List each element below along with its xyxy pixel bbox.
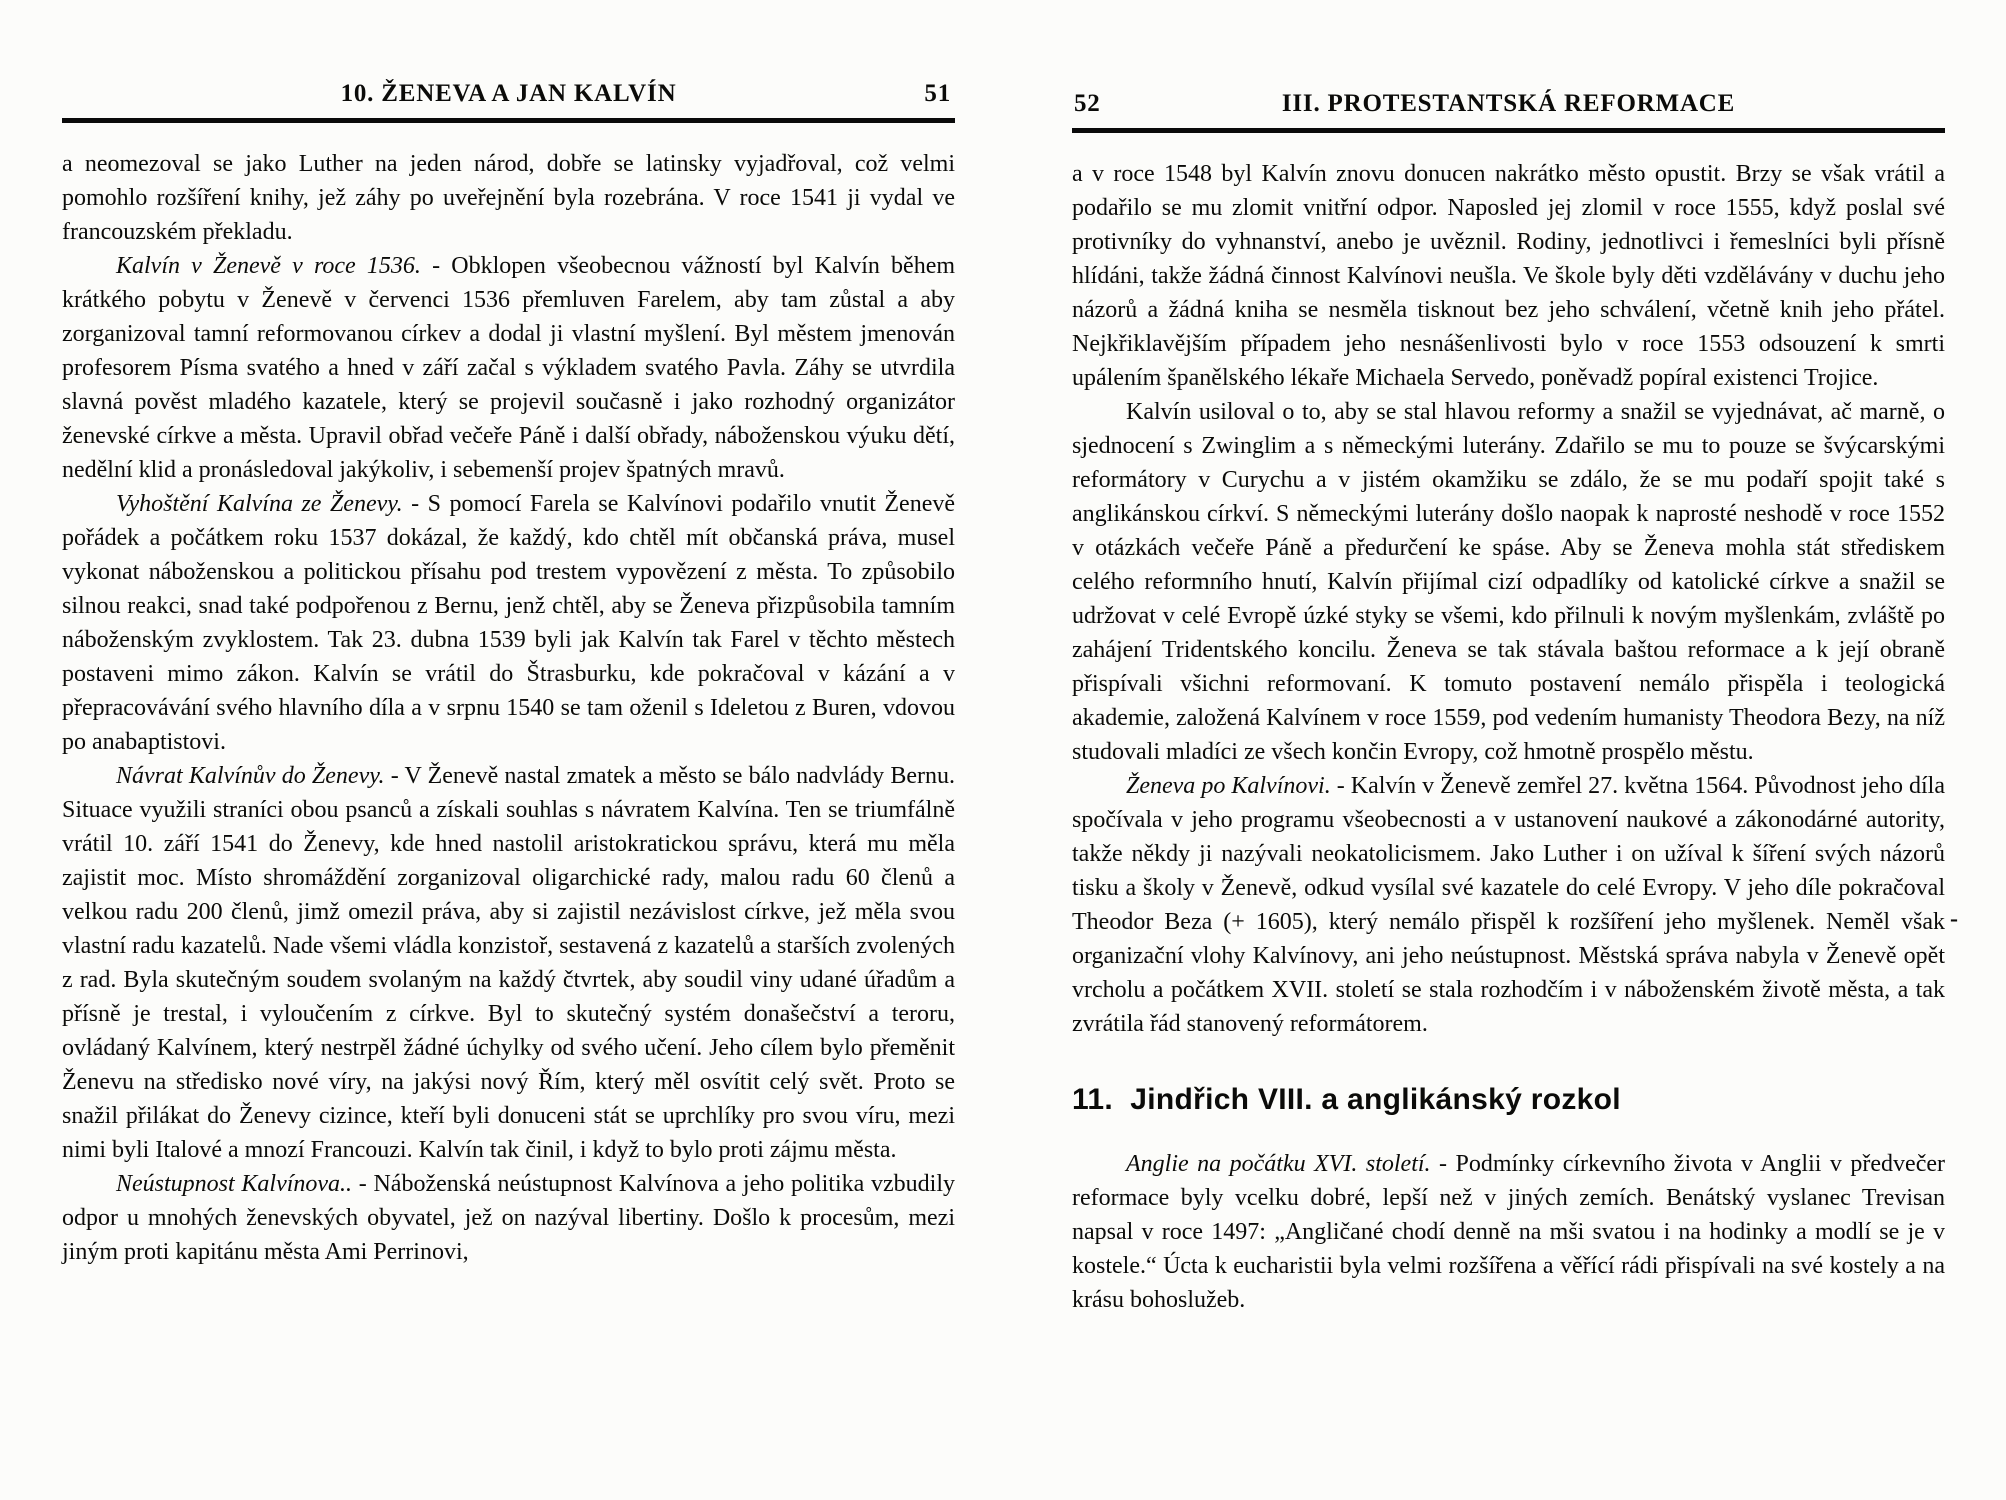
paragraph-text: - V Ženevě nastal zmatek a město se bálo…	[62, 763, 955, 1163]
paragraph-text: - Kalvín v Ženevě zemřel 27. května 1564…	[1072, 773, 1945, 1037]
section-heading: 11. Jindřich VIII. a anglikánský rozkol	[1072, 1083, 1945, 1117]
left-page-number: 51	[924, 80, 951, 108]
paragraph: a neomezoval se jako Luther na jeden nár…	[62, 147, 955, 249]
left-chapter-title: 10. ŽENEVA A JAN KALVÍN	[62, 80, 955, 108]
right-header-rule	[1072, 128, 1945, 133]
right-page: 52 III. PROTESTANTSKÁ REFORMACE a v roce…	[1072, 90, 1945, 1317]
paragraph-lead: Neústupnost Kalvínova..	[116, 1171, 352, 1197]
paragraph-lead: Vyhoštění Kalvína ze Ženevy.	[116, 491, 403, 517]
paragraph-lead: Anglie na počátku XVI. století.	[1126, 1151, 1431, 1177]
paragraph: Vyhoštění Kalvína ze Ženevy. - S pomocí …	[62, 487, 955, 759]
left-header-rule	[62, 118, 955, 123]
paragraph-text: Kalvín usiloval o to, aby se stal hlavou…	[1072, 399, 1945, 765]
paragraph-text: a v roce 1548 byl Kalvín znovu donucen n…	[1072, 161, 1945, 391]
paragraph: Kalvín v Ženevě v roce 1536. - Obklopen …	[62, 249, 955, 487]
paragraph-lead: Kalvín v Ženevě v roce 1536.	[116, 253, 421, 279]
book-spread: 10. ŽENEVA A JAN KALVÍN 51 a neomezoval …	[0, 0, 2006, 1500]
paragraph: Ženeva po Kalvínovi. - Kalvín v Ženevě z…	[1072, 769, 1945, 1041]
left-running-header: 10. ŽENEVA A JAN KALVÍN 51	[62, 80, 955, 114]
paragraph-text: a neomezoval se jako Luther na jeden nár…	[62, 151, 955, 245]
left-page-body: a neomezoval se jako Luther na jeden nár…	[62, 147, 955, 1269]
paragraph: Anglie na počátku XVI. století. - Podmín…	[1072, 1147, 1945, 1317]
left-page: 10. ŽENEVA A JAN KALVÍN 51 a neomezoval …	[62, 80, 955, 1269]
stray-mark: -	[1950, 906, 1958, 933]
paragraph-lead: Návrat Kalvínův do Ženevy.	[116, 763, 385, 789]
paragraph-text: - Obklopen všeobecnou vážností byl Kalví…	[62, 253, 955, 483]
paragraph: Návrat Kalvínův do Ženevy. - V Ženevě na…	[62, 759, 955, 1167]
paragraph: a v roce 1548 byl Kalvín znovu donucen n…	[1072, 157, 1945, 395]
paragraph-lead: Ženeva po Kalvínovi.	[1126, 773, 1331, 799]
section-body: Anglie na počátku XVI. století. - Podmín…	[1072, 1147, 1945, 1317]
right-page-body: a v roce 1548 byl Kalvín znovu donucen n…	[1072, 157, 1945, 1041]
paragraph: Kalvín usiloval o to, aby se stal hlavou…	[1072, 395, 1945, 769]
right-chapter-title: III. PROTESTANTSKÁ REFORMACE	[1072, 90, 1945, 118]
paragraph-text: - S pomocí Farela se Kalvínovi podařilo …	[62, 491, 955, 755]
paragraph: Neústupnost Kalvínova.. - Náboženská neú…	[62, 1167, 955, 1269]
right-running-header: 52 III. PROTESTANTSKÁ REFORMACE	[1072, 90, 1945, 124]
